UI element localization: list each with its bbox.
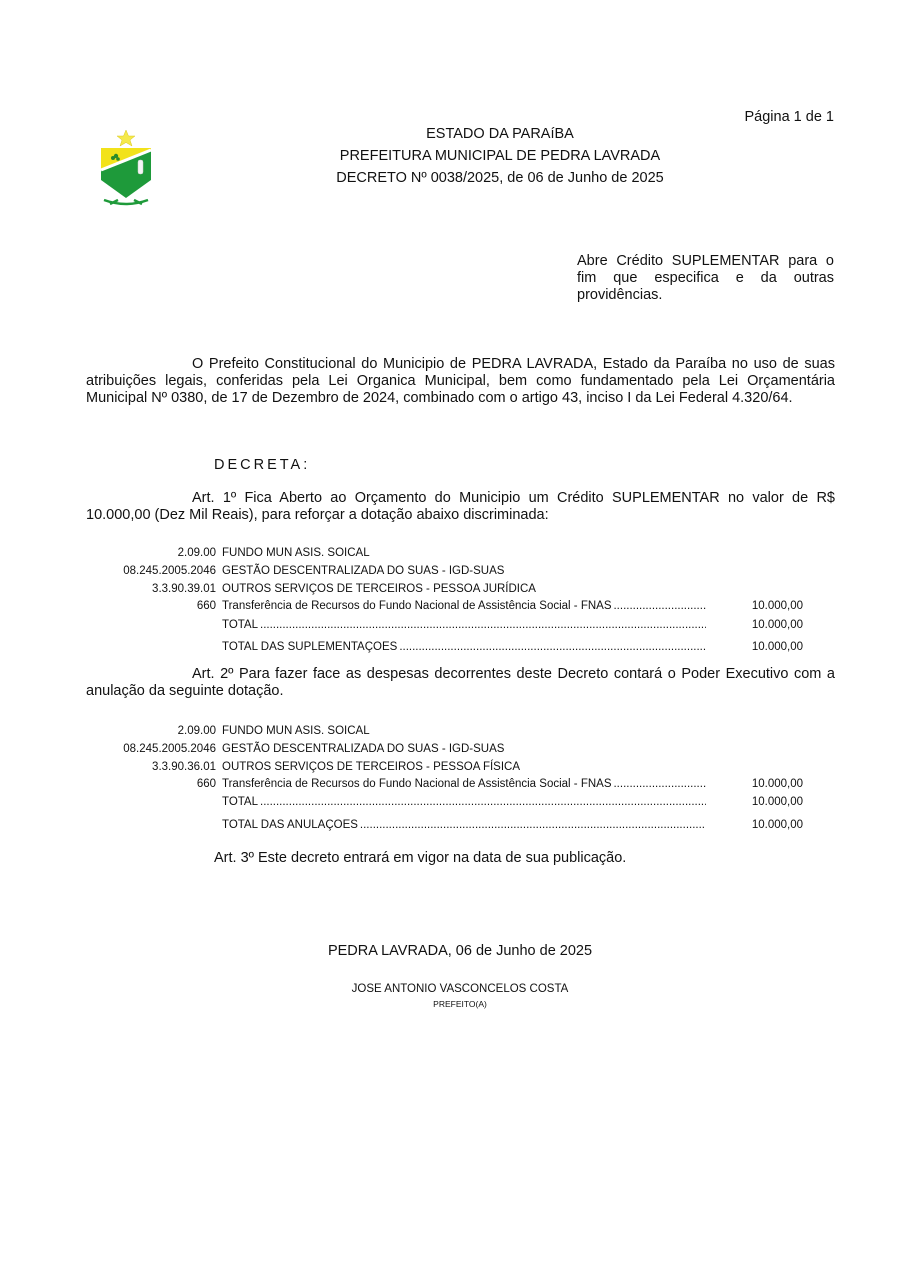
- table-row: TOTAL 10.000,00: [0, 619, 900, 635]
- article-3: Art. 3º Este decreto entrará em vigor na…: [214, 850, 626, 866]
- header-state: ESTADO DA PARAíBA: [250, 126, 750, 142]
- grand-total-value: 10.000,00: [752, 641, 803, 653]
- article-1: Art. 1º Fica Aberto ao Orçamento do Muni…: [86, 490, 835, 524]
- grand-total-leader: TOTAL DAS ANULAÇÕES: [222, 819, 706, 831]
- element-desc: OUTROS SERVIÇOS DE TERCEIROS - PESSOA FÍ…: [222, 761, 520, 773]
- preamble-paragraph: O Prefeito Constitucional do Municipio d…: [86, 356, 835, 407]
- source-code: 660: [197, 600, 216, 612]
- grand-total-label: TOTAL DAS SUPLEMENTAÇÕES: [222, 641, 399, 653]
- table-row: 08.245.2005.2046 GESTÃO DESCENTRALIZADA …: [0, 565, 900, 581]
- source-value: 10.000,00: [752, 600, 803, 612]
- page-indicator: Página 1 de 1: [745, 109, 835, 125]
- action-code: 08.245.2005.2046: [123, 743, 216, 755]
- article-2: Art. 2º Para fazer face as despesas deco…: [86, 666, 835, 700]
- action-code: 08.245.2005.2046: [123, 565, 216, 577]
- table-row: 660 Transferência de Recursos do Fundo N…: [0, 778, 900, 794]
- table-row: 3.3.90.39.01 OUTROS SERVIÇOS DE TERCEIRO…: [0, 583, 900, 599]
- preamble-text: O Prefeito Constitucional do Municipio d…: [86, 356, 835, 406]
- source-code: 660: [197, 778, 216, 790]
- source-desc: Transferência de Recursos do Fundo Nacio…: [222, 600, 613, 612]
- source-value: 10.000,00: [752, 778, 803, 790]
- unit-code: 2.09.00: [178, 725, 216, 737]
- coat-of-arms-icon: [98, 130, 154, 208]
- ementa: Abre Crédito SUPLEMENTAR para o fim que …: [577, 253, 834, 304]
- decreta-heading: DECRETA:: [214, 457, 310, 473]
- table-row: TOTAL DAS SUPLEMENTAÇÕES 10.000,00: [0, 641, 900, 657]
- unit-desc: FUNDO MUN ASIS. SOICAL: [222, 547, 370, 559]
- total-value: 10.000,00: [752, 796, 803, 808]
- source-desc-leader: Transferência de Recursos do Fundo Nacio…: [222, 778, 706, 790]
- grand-total-leader: TOTAL DAS SUPLEMENTAÇÕES: [222, 641, 706, 653]
- signer-name: JOSE ANTONIO VASCONCELOS COSTA: [250, 983, 670, 995]
- unit-code: 2.09.00: [178, 547, 216, 559]
- header-decree-title: DECRETO Nº 0038/2025, de 06 de Junho de …: [250, 170, 750, 186]
- table-row: 08.245.2005.2046 GESTÃO DESCENTRALIZADA …: [0, 743, 900, 759]
- total-label: TOTAL: [222, 619, 260, 631]
- unit-desc: FUNDO MUN ASIS. SOICAL: [222, 725, 370, 737]
- element-code: 3.3.90.36.01: [152, 761, 216, 773]
- total-label: TOTAL: [222, 796, 260, 808]
- total-value: 10.000,00: [752, 619, 803, 631]
- element-desc: OUTROS SERVIÇOS DE TERCEIROS - PESSOA JU…: [222, 583, 536, 595]
- source-desc-leader: Transferência de Recursos do Fundo Nacio…: [222, 600, 706, 612]
- place-and-date: PEDRA LAVRADA, 06 de Junho de 2025: [250, 943, 670, 959]
- action-desc: GESTÃO DESCENTRALIZADA DO SUAS - IGD-SUA…: [222, 743, 504, 755]
- grand-total-value: 10.000,00: [752, 819, 803, 831]
- table-row: 660 Transferência de Recursos do Fundo N…: [0, 600, 900, 616]
- article-1-text: Art. 1º Fica Aberto ao Orçamento do Muni…: [86, 490, 835, 523]
- table-row: TOTAL 10.000,00: [0, 796, 900, 812]
- header-municipality: PREFEITURA MUNICIPAL DE PEDRA LAVRADA: [250, 148, 750, 164]
- source-desc: Transferência de Recursos do Fundo Nacio…: [222, 778, 613, 790]
- table-row: 3.3.90.36.01 OUTROS SERVIÇOS DE TERCEIRO…: [0, 761, 900, 777]
- table-row: TOTAL DAS ANULAÇÕES 10.000,00: [0, 819, 900, 835]
- table-row: 2.09.00 FUNDO MUN ASIS. SOICAL: [0, 547, 900, 563]
- element-code: 3.3.90.39.01: [152, 583, 216, 595]
- signer-role: PREFEITO(A): [250, 999, 670, 1009]
- total-leader: TOTAL: [222, 796, 706, 808]
- article-2-text: Art. 2º Para fazer face as despesas deco…: [86, 666, 835, 699]
- grand-total-label: TOTAL DAS ANULAÇÕES: [222, 819, 360, 831]
- table-row: 2.09.00 FUNDO MUN ASIS. SOICAL: [0, 725, 900, 741]
- total-leader: TOTAL: [222, 619, 706, 631]
- action-desc: GESTÃO DESCENTRALIZADA DO SUAS - IGD-SUA…: [222, 565, 504, 577]
